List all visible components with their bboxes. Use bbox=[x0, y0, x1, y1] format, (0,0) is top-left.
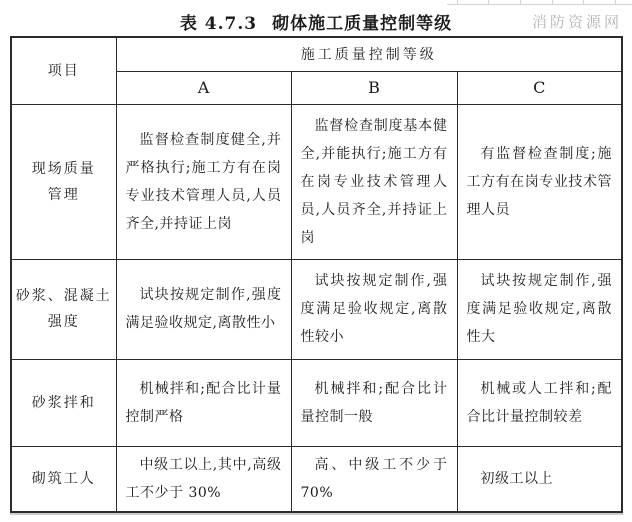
row-label: 砂浆拌和 bbox=[11, 359, 116, 446]
header-cell-level-c: C bbox=[457, 71, 622, 104]
cell-level-c: 试块按规定制作,强度满足验收规定,离散性大 bbox=[457, 259, 622, 359]
cell-text: 监督检查制度健全,并严格执行;施工方有在岗专业技术管理人员,人员齐全,并持证上岗 bbox=[126, 126, 282, 238]
row-label-line: 砂浆拌和 bbox=[14, 390, 114, 416]
cell-text: 中级工以上,其中,高级工不少于 30% bbox=[126, 451, 282, 507]
header-cell-group: 施工质量控制等级 bbox=[116, 37, 622, 71]
table-row: 砌筑工人 中级工以上,其中,高级工不少于 30% 高、中级工不少于 70% 初级… bbox=[11, 446, 622, 512]
cell-level-b: 机械拌和;配合比计量控制一般 bbox=[291, 359, 457, 446]
cell-level-a: 中级工以上,其中,高级工不少于 30% bbox=[116, 446, 291, 512]
cell-text: 机械拌和;配合比计量控制一般 bbox=[301, 375, 448, 431]
table-row: 砂浆拌和 机械拌和;配合比计量控制严格 机械拌和;配合比计量控制一般 机械或人工… bbox=[11, 359, 622, 446]
cell-level-c: 机械或人工拌和;配合比计量控制较差 bbox=[457, 359, 622, 446]
row-label-line: 现场质量 bbox=[14, 156, 114, 182]
document-page: 表 4.7.3砌体施工质量控制等级 消防资源网 项目 施工质量控制等级 A B … bbox=[0, 0, 632, 522]
table-row: 砂浆、混凝土 强度 试块按规定制作,强度满足验收规定,离散性小 试块按规定制作,… bbox=[11, 259, 622, 359]
watermark: 消防资源网 bbox=[532, 11, 622, 32]
cell-level-b: 监督检查制度基本健全,并能执行;施工方有在岗专业技术管理人员,人员齐全,并持证上… bbox=[291, 104, 457, 259]
cell-level-c: 有监督检查制度;施工方有在岗专业技术管理人员 bbox=[457, 104, 622, 259]
row-label-line: 管理 bbox=[14, 182, 114, 208]
cell-text: 监督检查制度基本健全,并能执行;施工方有在岗专业技术管理人员,人员齐全,并持证上… bbox=[301, 112, 448, 252]
table-row: 现场质量 管理 监督检查制度健全,并严格执行;施工方有在岗专业技术管理人员,人员… bbox=[11, 104, 622, 259]
cell-level-a: 监督检查制度健全,并严格执行;施工方有在岗专业技术管理人员,人员齐全,并持证上岗 bbox=[116, 104, 291, 259]
header-cell-level-a: A bbox=[116, 71, 291, 104]
row-label: 现场质量 管理 bbox=[11, 104, 116, 259]
cell-text: 试块按规定制作,强度满足验收规定,离散性小 bbox=[126, 281, 282, 337]
table-number: 表 4.7.3 bbox=[180, 14, 257, 34]
cell-text: 初级工以上 bbox=[467, 465, 613, 493]
row-label: 砂浆、混凝土 强度 bbox=[11, 259, 116, 359]
cell-level-b: 高、中级工不少于 70% bbox=[291, 446, 457, 512]
cell-level-a: 试块按规定制作,强度满足验收规定,离散性小 bbox=[116, 259, 291, 359]
cell-text: 试块按规定制作,强度满足验收规定,离散性较小 bbox=[301, 267, 448, 351]
cell-level-c: 初级工以上 bbox=[457, 446, 622, 512]
cell-level-b: 试块按规定制作,强度满足验收规定,离散性较小 bbox=[291, 259, 457, 359]
header-row-group: 项目 施工质量控制等级 bbox=[11, 37, 622, 71]
cell-text: 高、中级工不少于 70% bbox=[301, 451, 448, 507]
cell-text: 有监督检查制度;施工方有在岗专业技术管理人员 bbox=[467, 140, 613, 224]
row-label-line: 砌筑工人 bbox=[14, 466, 114, 492]
row-label-line: 强度 bbox=[14, 309, 114, 335]
header-cell-level-b: B bbox=[291, 71, 457, 104]
header-cell-item: 项目 bbox=[11, 37, 116, 104]
cropped-table-remnant bbox=[447, 0, 632, 5]
row-label: 砌筑工人 bbox=[11, 446, 116, 512]
quality-control-table: 项目 施工质量控制等级 A B C 现场质量 管理 监督检查制度健全,并严格执行… bbox=[10, 36, 623, 513]
row-label-line: 砂浆、混凝土 bbox=[14, 283, 114, 309]
cell-text: 试块按规定制作,强度满足验收规定,离散性大 bbox=[467, 267, 613, 351]
table-title-text: 砌体施工质量控制等级 bbox=[272, 14, 452, 34]
cell-text: 机械或人工拌和;配合比计量控制较差 bbox=[467, 375, 613, 431]
cell-level-a: 机械拌和;配合比计量控制严格 bbox=[116, 359, 291, 446]
cell-text: 机械拌和;配合比计量控制严格 bbox=[126, 375, 282, 431]
